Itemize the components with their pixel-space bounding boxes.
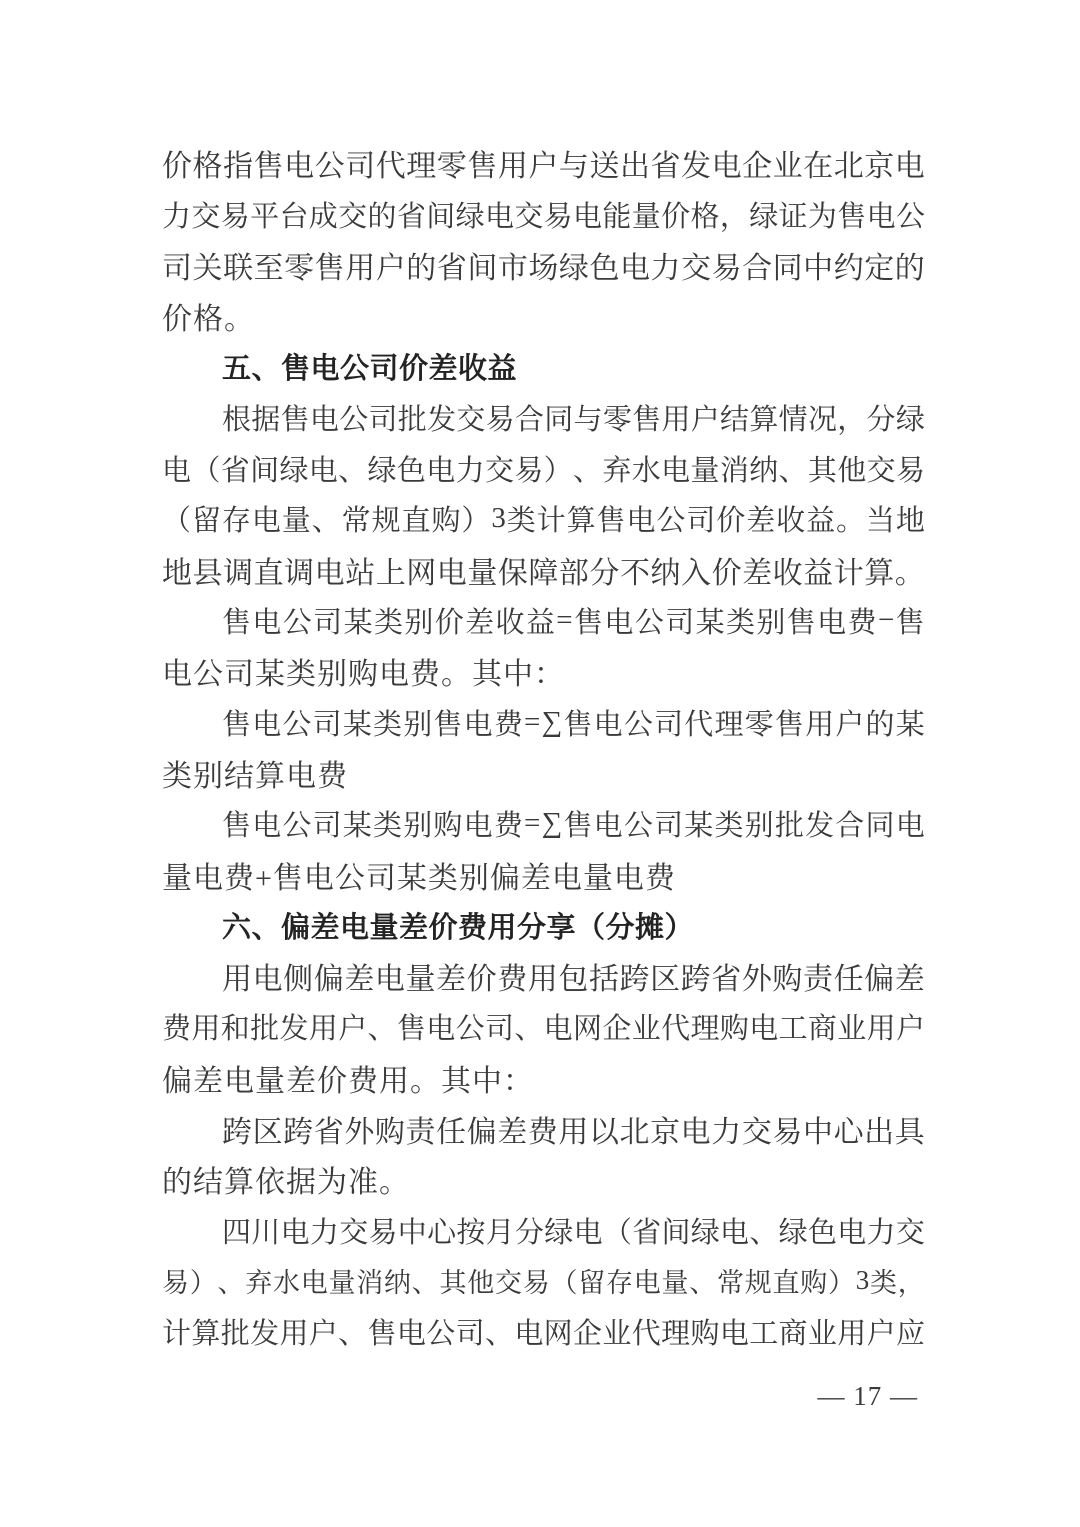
text-line: 四川电力交易中心按月分绿电（省间绿电、绿色电力交 [162,1205,925,1256]
text-line: 根据售电公司批发交易合同与零售用户结算情况，分绿 [162,392,925,443]
text-line: 地县调直调电站上网电量保障部分不纳入价差收益计算。 [162,544,925,595]
text-line: 电公司某类别购电费。其中： [162,646,925,697]
text-line: 偏差电量差价费用。其中： [162,1052,925,1103]
text-line: 费用和批发用户、售电公司、电网企业代理购电工商业用户 [162,1002,925,1053]
text-line: （留存电量、常规直购）3类计算售电公司价差收益。当地 [162,494,925,545]
page-number: — 17 — [818,1381,919,1412]
text-line: 电（省间绿电、绿色电力交易）、弃水电量消纳、其他交易 [162,443,925,494]
text-line: 司关联至零售用户的省间市场绿色电力交易合同中约定的 [162,240,925,291]
text-line: 类别结算电费 [162,748,925,799]
text-line: 计算批发用户、售电公司、电网企业代理购电工商业用户应 [162,1306,925,1357]
text-line: 力交易平台成交的省间绿电交易电能量价格，绿证为售电公 [162,189,925,240]
text-line: 用电侧偏差电量差价费用包括跨区跨省外购责任偏差 [162,951,925,1002]
text-line: 价格。 [162,290,925,341]
text-line: 量电费+售电公司某类别偏差电量电费 [162,849,925,900]
text-line: 售电公司某类别价差收益=售电公司某类别售电费−售 [162,595,925,646]
document-page: 价格指售电公司代理零售用户与送出省发电企业在北京电力交易平台成交的省间绿电交易电… [0,0,1080,1527]
document-content: 价格指售电公司代理零售用户与送出省发电企业在北京电力交易平台成交的省间绿电交易电… [162,138,925,1357]
text-line: 跨区跨省外购责任偏差费用以北京电力交易中心出具 [162,1103,925,1154]
text-line: 售电公司某类别售电费=∑售电公司代理零售用户的某 [162,697,925,748]
text-line: 易）、弃水电量消纳、其他交易（留存电量、常规直购）3类， [162,1256,925,1307]
text-line: 的结算依据为准。 [162,1154,925,1205]
section-heading: 六、偏差电量差价费用分享（分摊） [162,900,925,951]
text-line: 售电公司某类别购电费=∑售电公司某类别批发合同电 [162,798,925,849]
text-line: 价格指售电公司代理零售用户与送出省发电企业在北京电 [162,138,925,189]
section-heading: 五、售电公司价差收益 [162,341,925,392]
